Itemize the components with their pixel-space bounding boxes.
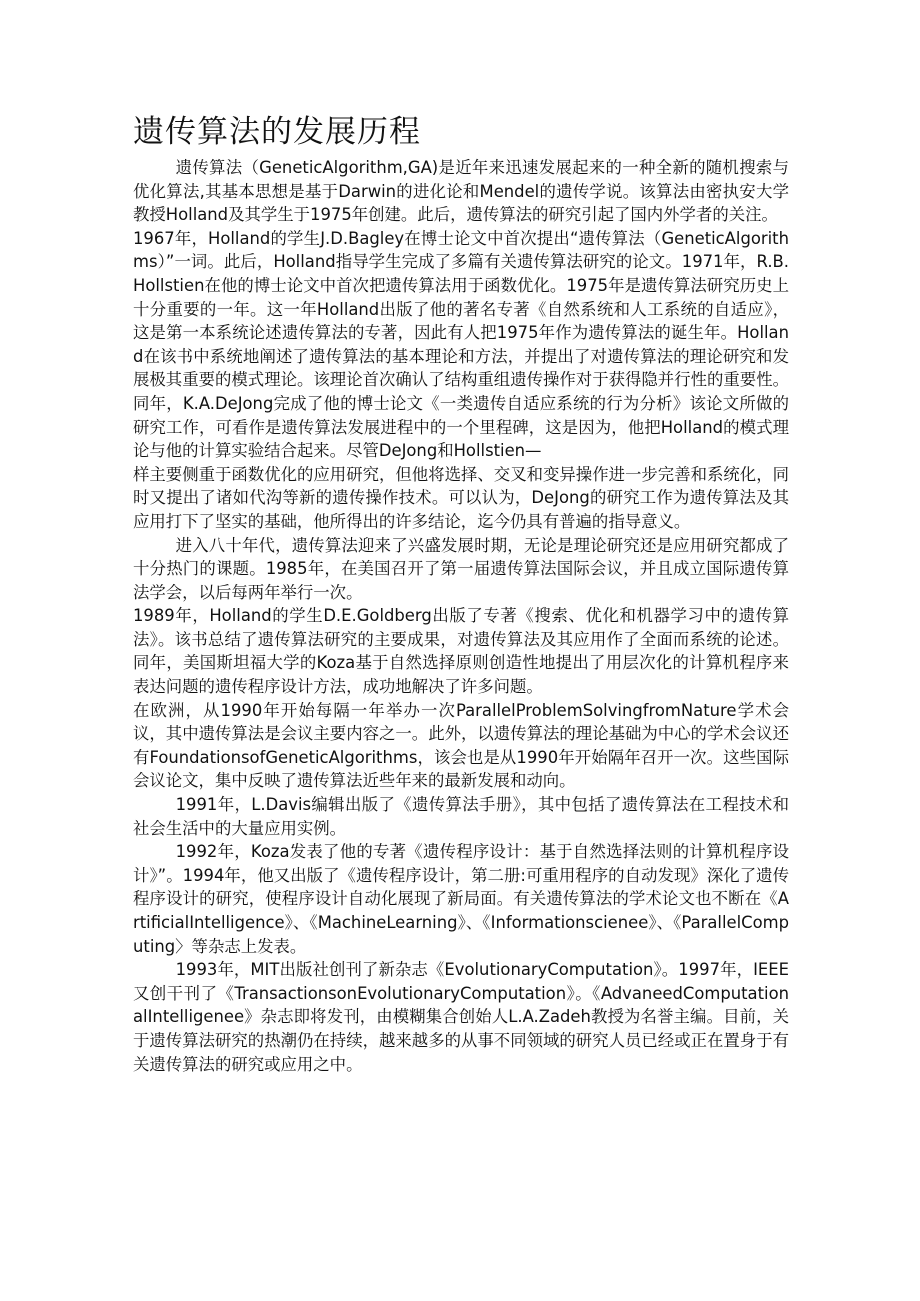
- paragraph-intro: 遗传算法（GeneticAlgorithm,GA)是近年来迅速发展起来的一种全新…: [133, 156, 789, 227]
- paragraph-1991: 1991年，L.Davis编辑出版了《遗传算法手册》，其中包括了遗传算法在工程技…: [133, 793, 789, 840]
- paragraph-1993: 1993年，MIT出版社创刊了新杂志《EvolutionaryComputati…: [133, 958, 789, 1076]
- paragraph-1989: 1989年，Holland的学生D.E.Goldberg出版了专著《搜索、优化和…: [133, 604, 789, 698]
- paragraph-dejong: 样主要侧重于函数优化的应用研究，但他将选择、交叉和变异操作进一步完善和系统化，同…: [133, 463, 789, 534]
- paragraph-1967-1975: 1967年，Holland的学生J.D.Bagley在博士论文中首次提出“遗传算…: [133, 227, 789, 463]
- document-page: 遗传算法的发展历程 遗传算法（GeneticAlgorithm,GA)是近年来迅…: [133, 112, 789, 1076]
- paragraph-1992: 1992年，Koza发表了他的专著《遗传程序设计：基于自然选择法则的计算机程序设…: [133, 840, 789, 958]
- document-title: 遗传算法的发展历程: [133, 112, 789, 152]
- paragraph-1980s: 进入八十年代，遗传算法迎来了兴盛发展时期，无论是理论研究还是应用研究都成了十分热…: [133, 534, 789, 605]
- paragraph-europe-1990: 在欧洲，从1990年开始每隔一年举办一次ParallelProblemSolvi…: [133, 699, 789, 793]
